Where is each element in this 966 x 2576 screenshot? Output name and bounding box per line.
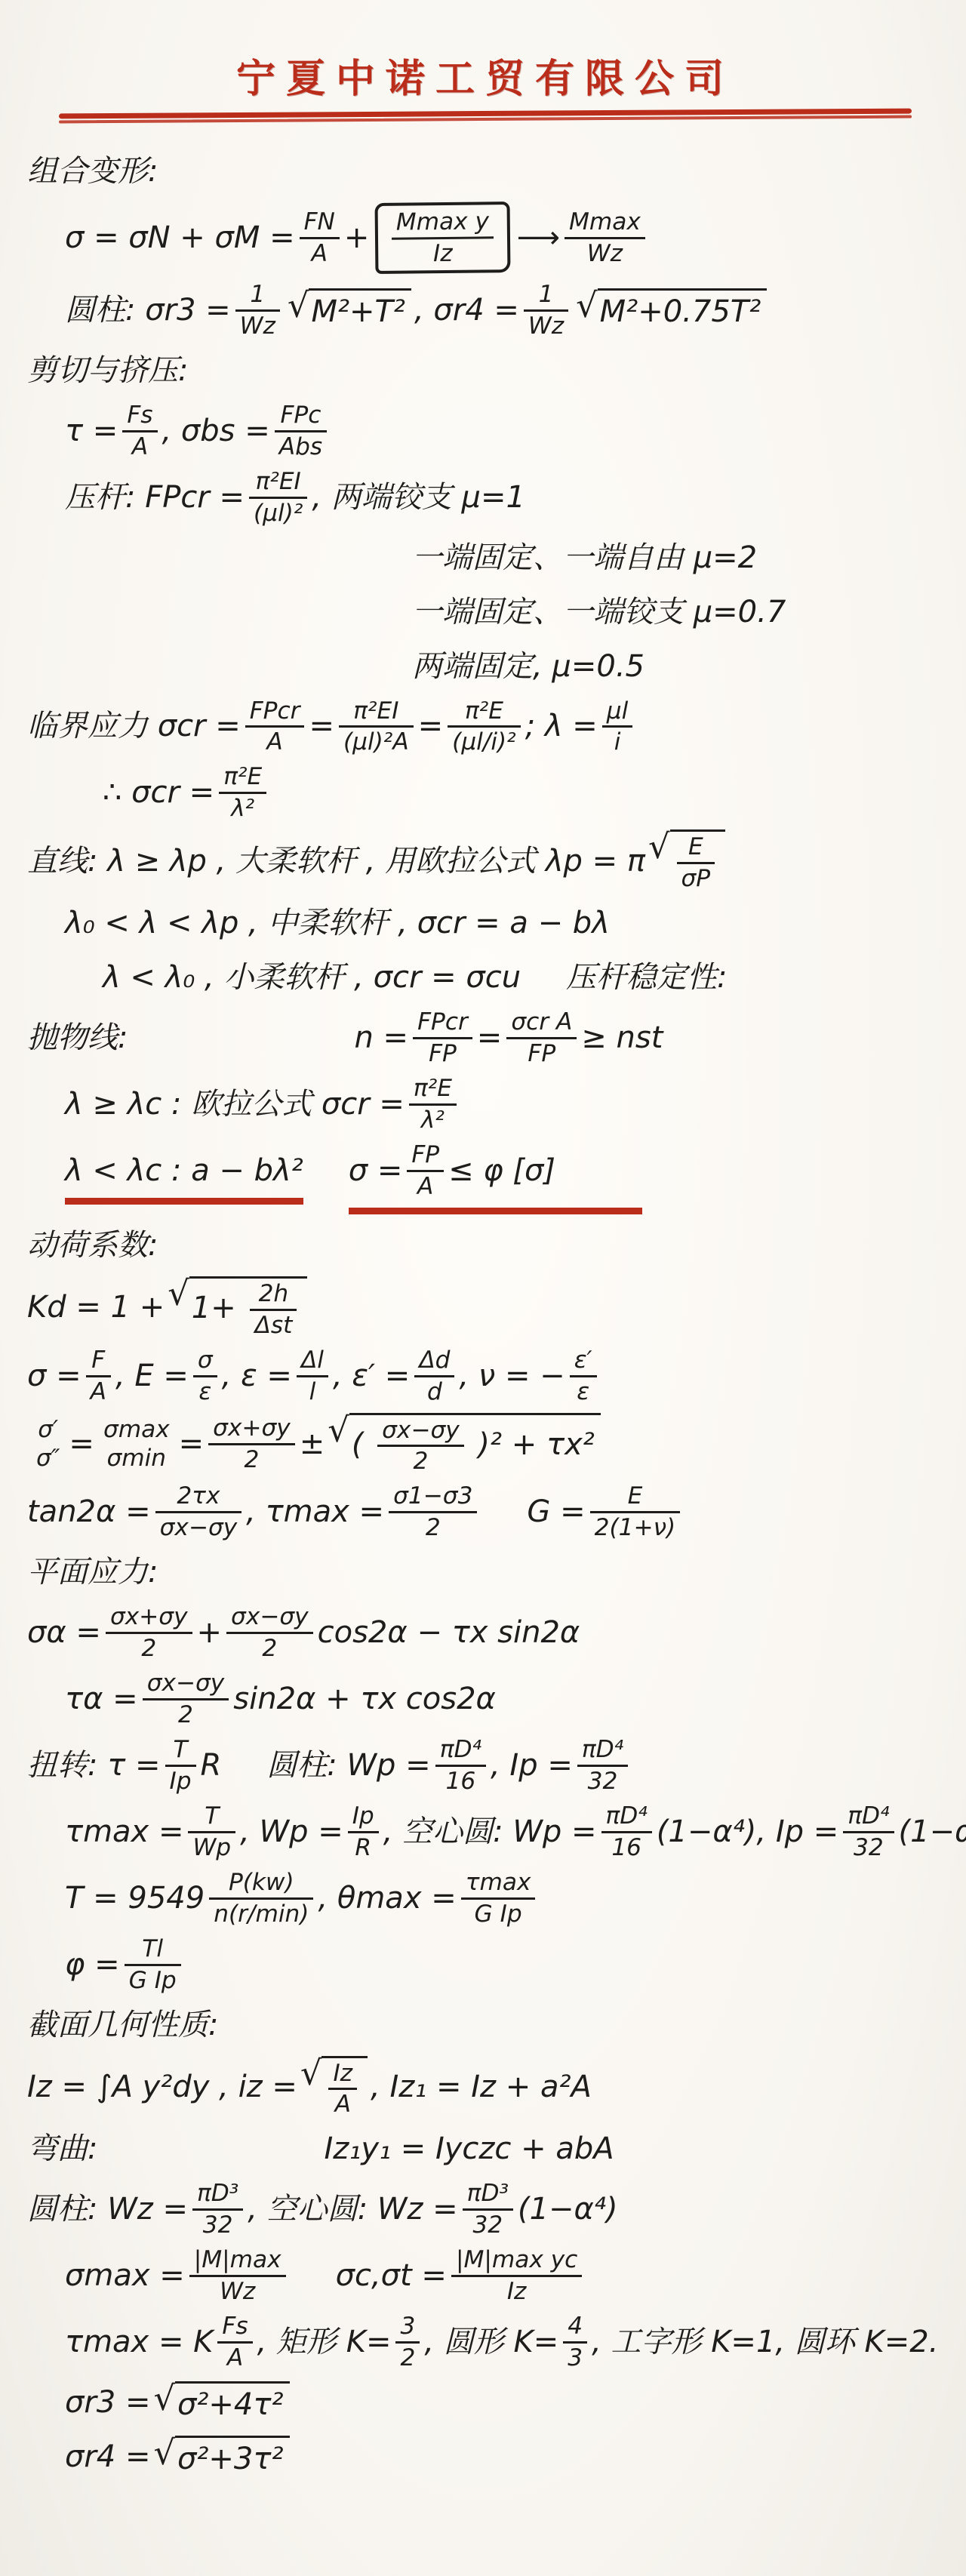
formula-chunk: 抛物线: — [27, 1018, 128, 1057]
formula-line: τmax = TWp , Wp = IpR , 空心圆: Wp = πD⁴16(… — [20, 1802, 951, 1861]
formula-line: T = 9549 P(kw)n(r/min) , θmax = τmaxG Ip — [20, 1869, 951, 1928]
formula-chunk: σ = σN + σM = FNA + Mmax yIz ⟶ MmaxWz — [65, 202, 650, 273]
formula-list: 组合变形:σ = σN + σM = FNA + Mmax yIz ⟶ Mmax… — [20, 121, 951, 2480]
formula-line: λ < λc : a − bλ²σ = FPA ≤ φ [σ] — [20, 1141, 951, 1214]
formula-line: σr4 = √σ²+3τ² — [20, 2433, 951, 2480]
formula-line: 平面应力: — [20, 1549, 951, 1596]
formula-chunk: σr4 = √σ²+3τ² — [65, 2436, 293, 2479]
formula-chunk: 弯曲: — [27, 2129, 97, 2168]
formula-line: σ = σN + σM = FNA + Mmax yIz ⟶ MmaxWz — [20, 202, 951, 273]
formula-chunk: τmax = TWp , Wp = IpR , 空心圆: Wp = πD⁴16(… — [65, 1802, 966, 1861]
formula-chunk: λ₀ < λ < λp , 中柔软杆 , σcr = a − bλ — [65, 903, 610, 943]
formula-chunk: σmax = |M|maxWz — [65, 2246, 291, 2305]
formula-line: λ₀ < λ < λp , 中柔软杆 , σcr = a − bλ — [20, 900, 951, 946]
formula-chunk: tan2α = 2τxσx−σy , τmax = σ1−σ32 — [27, 1482, 481, 1541]
notes-sheet: 宁夏中诺工贸有限公司 组合变形:σ = σN + σM = FNA + Mmax… — [0, 0, 966, 2495]
formula-line: λ ≥ λc : 欧拉公式 σcr = π²Eλ² — [20, 1075, 951, 1134]
formula-chunk: G = E2(1+ν) — [527, 1482, 685, 1541]
formula-line: 截面几何性质: — [20, 2002, 951, 2048]
formula-line: φ = TlG Ip — [20, 1935, 951, 1994]
formula-chunk: 剪切与挤压: — [27, 351, 188, 390]
formula-line: 圆柱: σr3 = 1Wz√M²+T² , σr4 = 1Wz√M²+0.75T… — [20, 281, 951, 340]
formula-chunk: σ = FPA ≤ φ [σ] — [349, 1141, 642, 1214]
formula-chunk: Iz = ∫A y²dy , iz = √IzA , Iz₁ = Iz + a²… — [27, 2056, 592, 2119]
formula-chunk: 压杆稳定性: — [566, 958, 727, 997]
formula-chunk: τmax = KFsA , 矩形 K=32, 圆形 K=43, 工字形 K=1,… — [65, 2313, 938, 2371]
formula-chunk: ∴ σcr = π²Eλ² — [103, 763, 271, 822]
formula-line: τα = σx−σy2 sin2α + τx cos2α — [20, 1670, 951, 1728]
letterhead: 宁夏中诺工贸有限公司 — [20, 20, 951, 121]
formula-chunk: 组合变形: — [27, 152, 158, 191]
formula-line: σr3 = √σ²+4τ² — [20, 2379, 951, 2426]
formula-chunk: Kd = 1 + √1+ 2hΔst — [27, 1276, 310, 1339]
formula-line: τmax = KFsA , 矩形 K=32, 圆形 K=43, 工字形 K=1,… — [20, 2313, 951, 2371]
formula-line: λ < λ₀ , 小柔软杆 , σcr = σcu压杆稳定性: — [20, 954, 951, 1001]
formula-chunk: 直线: λ ≥ λp , 大柔软杆 , 用欧拉公式 λp = π√EσP — [27, 829, 728, 892]
formula-chunk: τ = FsA , σbs = FPcAbs — [65, 402, 331, 460]
formula-chunk: Iz₁y₁ = Iyczc + abA — [324, 2129, 614, 2168]
formula-line: 临界应力 σcr = FPcrA = π²EI(μl)²A = π²E(μl/i… — [20, 697, 951, 756]
formula-line: τ = FsA , σbs = FPcAbs — [20, 402, 951, 460]
formula-chunk: 圆柱: Wz = πD³32 , 空心圆: Wz = πD³32(1−α⁴) — [27, 2180, 618, 2239]
formula-line: 压杆: FPcr = π²EI(μl)² , 两端铰支 μ=1 — [20, 468, 951, 527]
formula-line: 两端固定, μ=0.5 — [20, 643, 951, 690]
formula-line: tan2α = 2τxσx−σy , τmax = σ1−σ32G = E2(1… — [20, 1482, 951, 1541]
formula-line: σ = FA , E = σε , ε = Δll , ε′ = Δdd , ν… — [20, 1346, 951, 1405]
formula-chunk: τα = σx−σy2 sin2α + τx cos2α — [65, 1670, 496, 1728]
formula-line: ∴ σcr = π²Eλ² — [20, 763, 951, 822]
formula-chunk: 圆柱: σr3 = 1Wz√M²+T² , σr4 = 1Wz√M²+0.75T… — [65, 281, 770, 340]
formula-chunk: λ ≥ λc : 欧拉公式 σcr = π²Eλ² — [65, 1075, 461, 1134]
formula-line: 动荷系数: — [20, 1222, 951, 1269]
formula-chunk: σc,σt = |M|max ycIz — [336, 2246, 587, 2305]
formula-chunk: 扭转: τ = TIpR — [27, 1736, 221, 1795]
formula-chunk: 一端固定、一端自由 μ=2 — [412, 538, 757, 577]
company-title: 宁夏中诺工贸有限公司 — [20, 47, 951, 103]
formula-chunk: 临界应力 σcr = FPcrA = π²EI(μl)²A = π²E(μl/i… — [27, 697, 637, 756]
formula-chunk: σr3 = √σ²+4τ² — [65, 2381, 293, 2424]
formula-line: σ′σ″ = σmaxσmin = σx+σy2 ± √( σx−σy2 )² … — [20, 1413, 951, 1476]
formula-chunk: λ < λc : a − bλ² — [65, 1151, 303, 1205]
formula-chunk: T = 9549 P(kw)n(r/min) , θmax = τmaxG Ip — [65, 1869, 540, 1928]
formula-chunk: 圆柱: Wp = πD⁴16 , Ip = πD⁴32 — [266, 1736, 632, 1795]
formula-chunk: n = FPcrFP = σcr AFP ≥ nst — [354, 1008, 663, 1067]
formula-line: 剪切与挤压: — [20, 347, 951, 394]
formula-line: 扭转: τ = TIpR圆柱: Wp = πD⁴16 , Ip = πD⁴32 — [20, 1736, 951, 1795]
formula-chunk: σ = FA , E = σε , ε = Δll , ε′ = Δdd , ν… — [27, 1346, 601, 1405]
formula-chunk: 一端固定、一端铰支 μ=0.7 — [412, 592, 786, 632]
formula-line: 一端固定、一端铰支 μ=0.7 — [20, 589, 951, 636]
formula-line: 直线: λ ≥ λp , 大柔软杆 , 用欧拉公式 λp = π√EσP — [20, 829, 951, 892]
formula-line: Kd = 1 + √1+ 2hΔst — [20, 1276, 951, 1339]
formula-chunk: 压杆: FPcr = π²EI(μl)² , 两端铰支 μ=1 — [65, 468, 525, 527]
formula-chunk: λ < λ₀ , 小柔软杆 , σcr = σcu — [103, 958, 521, 997]
formula-line: 弯曲:Iz₁y₁ = Iyczc + abA — [20, 2125, 951, 2172]
formula-chunk: φ = TlG Ip — [65, 1935, 186, 1994]
formula-line: 圆柱: Wz = πD³32 , 空心圆: Wz = πD³32(1−α⁴) — [20, 2180, 951, 2239]
formula-line: σα = σx+σy2 + σx−σy2 cos2α − τx sin2α — [20, 1603, 951, 1662]
formula-chunk: 两端固定, μ=0.5 — [412, 647, 645, 686]
formula-chunk: σα = σx+σy2 + σx−σy2 cos2α − τx sin2α — [27, 1603, 580, 1662]
formula-line: 组合变形: — [20, 148, 951, 195]
formula-line: 一端固定、一端自由 μ=2 — [20, 534, 951, 581]
formula-chunk: 截面几何性质: — [27, 2005, 218, 2045]
formula-line: Iz = ∫A y²dy , iz = √IzA , Iz₁ = Iz + a²… — [20, 2056, 951, 2119]
formula-line: σmax = |M|maxWzσc,σt = |M|max ycIz — [20, 2246, 951, 2305]
formula-chunk: 动荷系数: — [27, 1226, 158, 1265]
formula-line: 抛物线:n = FPcrFP = σcr AFP ≥ nst — [20, 1008, 951, 1067]
formula-chunk: 平面应力: — [27, 1553, 158, 1592]
formula-chunk: σ′σ″ = σmaxσmin = σx+σy2 ± √( σx−σy2 )² … — [27, 1413, 604, 1476]
